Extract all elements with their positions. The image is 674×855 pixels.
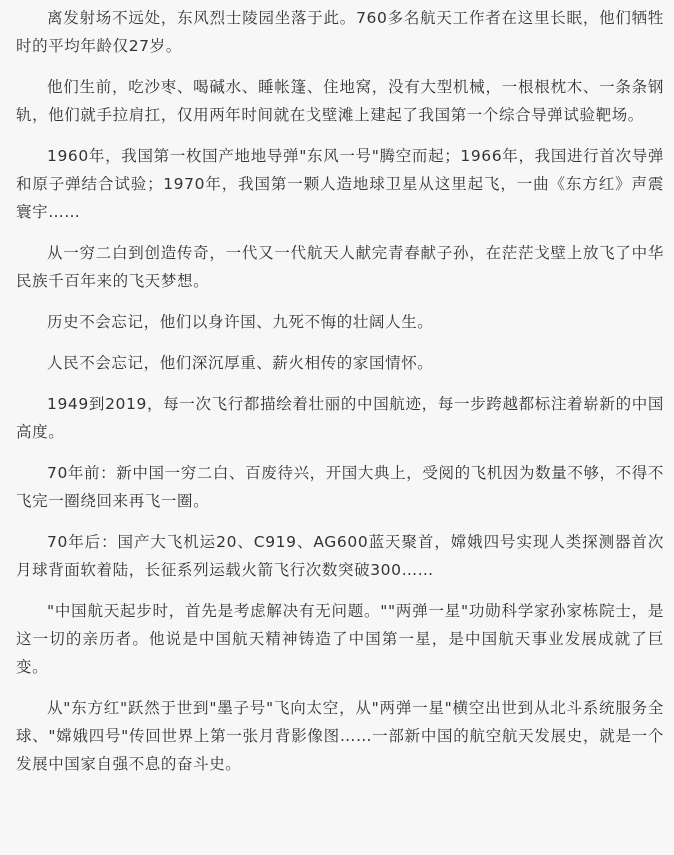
paragraph-8: 70年前：新中国一穷二白、百废待兴，开国大典上，受阅的飞机因为数量不够，不得不飞… [16,459,664,515]
paragraph-9: 70年后：国产大飞机运20、C919、AG600蓝天聚首，嫦娥四号实现人类探测器… [16,528,664,584]
paragraph-5: 历史不会忘记，他们以身许国、九死不悔的壮阔人生。 [16,308,664,336]
paragraph-11: 从"东方红"跃然于世到"墨子号"飞向太空，从"两弹一星"横空出世到从北斗系统服务… [16,694,664,778]
paragraph-2: 他们生前，吃沙枣、喝碱水、睡帐篷、住地窝，没有大型机械，一根根枕木、一条条钢轨，… [16,73,664,129]
paragraph-7: 1949到2019，每一次飞行都描绘着壮丽的中国航迹，每一步跨越都标注着崭新的中… [16,390,664,446]
paragraph-10: "中国航天起步时，首先是考虑解决有无问题。""两弹一星"功勋科学家孙家栋院士，是… [16,597,664,681]
paragraph-3: 1960年，我国第一枚国产地地导弹"东风一号"腾空而起；1966年，我国进行首次… [16,142,664,226]
paragraph-1: 离发射场不远处，东风烈士陵园坐落于此。760多名航天工作者在这里长眠，他们牺牲时… [16,4,664,60]
article-body: 离发射场不远处，东风烈士陵园坐落于此。760多名航天工作者在这里长眠，他们牺牲时… [0,0,674,778]
paragraph-4: 从一穷二白到创造传奇，一代又一代航天人献完青春献子孙，在茫茫戈壁上放飞了中华民族… [16,239,664,295]
paragraph-6: 人民不会忘记，他们深沉厚重、薪火相传的家国情怀。 [16,349,664,377]
